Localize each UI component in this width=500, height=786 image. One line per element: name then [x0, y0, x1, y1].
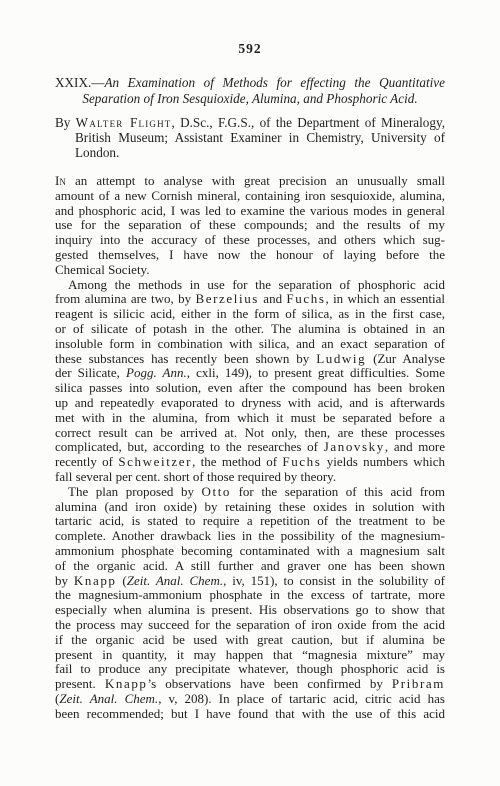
text-line: the process may succeed for the separati… [55, 618, 445, 633]
text-line: By Walter Flight, D.Sc., F.G.S., of the … [55, 116, 445, 131]
text-line: complicated, but, according to the resea… [55, 440, 445, 455]
text-line: use for the separation of these compound… [55, 218, 445, 233]
text-line: gested themselves, I have now the honour… [55, 248, 445, 263]
title-line-2: Separation of Iron Sesquioxide, Alumina,… [55, 91, 445, 107]
paragraph-3: The plan proposed by Otto for the separa… [55, 485, 445, 722]
text-line: der Silicate, Pogg. Ann., cxli, 149), to… [55, 366, 445, 381]
text-line: The plan proposed by Otto for the separa… [55, 485, 445, 500]
text-line: if the organic acid be used with great c… [55, 633, 445, 648]
document-page: 592 XXIX.—An Examination of Methods for … [0, 0, 500, 786]
text-line: of the organic acid. A still further and… [55, 559, 445, 574]
text-line: up and repeatedly evaporated to dryness … [55, 396, 445, 411]
text-line: present in quantity, it may happen that … [55, 648, 445, 663]
text-line: the magnesium-ammonium phosphate in the … [55, 588, 445, 603]
text-line: amount of a new Cornish mineral, contain… [55, 189, 445, 204]
text-line: silica passes into solution, even after … [55, 381, 445, 396]
text-line: from alumina are two, by Berzelius and F… [55, 292, 445, 307]
text-line: these substances has recently been shown… [55, 352, 445, 367]
text-line: In an attempt to analyse with great prec… [55, 174, 445, 189]
byline: By Walter Flight, D.Sc., F.G.S., of the … [55, 116, 445, 160]
text-line: correct result can be arrived at. Not on… [55, 426, 445, 441]
title-line-1: XXIX.—An Examination of Methods for effe… [55, 75, 445, 91]
text-line: British Museum; Assistant Examiner in Ch… [55, 131, 445, 146]
text-line: ammonium phosphate becoming contaminated… [55, 544, 445, 559]
text-line: Chemical Society. [55, 263, 445, 278]
text-line: reagent is silicic acid, either in the f… [55, 307, 445, 322]
text-line: alumina (and iron oxide) by retaining th… [55, 500, 445, 515]
text-line: insoluble form in combination with silic… [55, 337, 445, 352]
text-line: recently of Schweitzer, the method of Fu… [55, 455, 445, 470]
article-title: XXIX.—An Examination of Methods for effe… [55, 75, 445, 106]
text-line: been recommended; but I have found that … [55, 707, 445, 722]
text-line: or of silicate of potash in the other. T… [55, 322, 445, 337]
text-line: fail to produce any precipitate whatever… [55, 662, 445, 677]
article-body: In an attempt to analyse with great prec… [55, 174, 445, 721]
text-line: inquiry into the accuracy of these proce… [55, 233, 445, 248]
paragraph-2: Among the methods in use for the separat… [55, 278, 445, 485]
paragraph-1: In an attempt to analyse with great prec… [55, 174, 445, 278]
page-number: 592 [55, 41, 445, 57]
text-line: (Zeit. Anal. Chem., v, 208). In place of… [55, 692, 445, 707]
text-line: by Knapp (Zeit. Anal. Chem., iv, 151), t… [55, 574, 445, 589]
text-line: tartaric acid, is stated to require a re… [55, 514, 445, 529]
text-line: present. Knapp’s observations have been … [55, 677, 445, 692]
text-line: met with in the alumina, from which it m… [55, 411, 445, 426]
text-line: complete. Another drawback lies in the p… [55, 529, 445, 544]
text-line: London. [55, 146, 445, 161]
text-line: and phosphoric acid, I was led to examin… [55, 204, 445, 219]
text-line: especially when alumina is present. His … [55, 603, 445, 618]
text-line: fall several per cent. short of those re… [55, 470, 445, 485]
text-line: Among the methods in use for the separat… [55, 278, 445, 293]
